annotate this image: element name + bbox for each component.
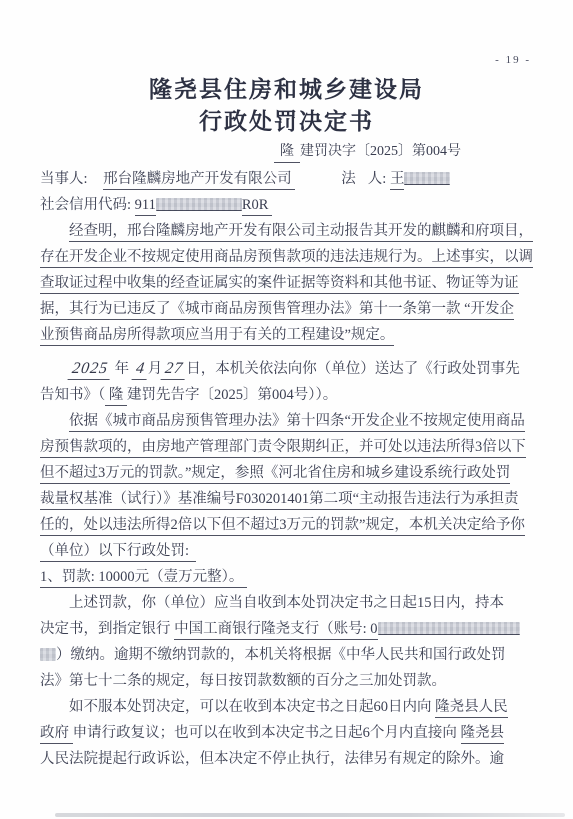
document-number: 隆建罚决字〔2025〕第004号 xyxy=(0,141,573,163)
text-line: 人民法院提起行政诉讼，但本决定不停止执行，法律另有规定的除外。逾 xyxy=(40,746,543,772)
text-line: 裁量权基准（试行）》基准编号F030201401第二项“主动报告违法行为承担责 xyxy=(40,486,543,512)
text-segment: 年 xyxy=(111,361,133,377)
document-type-title: 行政处罚决定书 xyxy=(0,106,573,138)
redaction-blur xyxy=(40,648,56,661)
text-line: 当事人: 邢台隆麟房地产开发有限公司 法人: 王 xyxy=(40,166,543,192)
text-segment: 查取证过程中收集的经查证属实的案件证据等资料和其他书证、物证等为证 xyxy=(40,273,519,294)
text-segment: 1、罚款: 10000元（壹万元整）。 xyxy=(40,567,247,588)
text-line: 决定书，到指定银行 中国工商银行隆尧支行（账号: 0 xyxy=(40,616,543,642)
text-line: （单位）以下行政处罚: xyxy=(40,538,543,564)
spacer xyxy=(40,234,69,235)
spacer xyxy=(356,182,368,183)
text-segment: 隆 xyxy=(105,385,127,406)
document-header: 隆尧县住房和城乡建设局 行政处罚决定书 隆建罚决字〔2025〕第004号 xyxy=(0,0,573,163)
text-segment: 业预售商品房所得款项应当用于有关的工程建设”规定。 xyxy=(40,325,394,346)
text-line: ）缴纳。逾期不缴纳罚款的，本机关将根据《中华人民共和国行政处罚 xyxy=(40,642,543,668)
text-line: 法》第七十二条的规定，每日按罚款数额的百分之三加处罚款。 xyxy=(40,668,543,694)
text-line: 如不服本处罚决定，可以在收到本决定书之日起60日内向 隆尧县人民 xyxy=(40,694,543,720)
text-segment: 911 xyxy=(135,195,156,216)
text-line: 1、罚款: 10000元（壹万元整）。 xyxy=(40,564,543,590)
text-segment: 任的，处以违法所得2倍以下但不超过3万元的罚款”规定，本机关决定给予你 xyxy=(40,515,525,536)
text-segment: 建罚先告字〔2025〕第004号））。 xyxy=(127,387,337,403)
text-segment: ）缴纳。逾期不缴纳罚款的，本机关将根据《中华人民共和国行政处罚 xyxy=(56,647,506,663)
text-segment: 告知书》（ xyxy=(40,387,105,403)
text-segment: 申请行政复议；也可以在收到本决定书之日起6个月内直接向 xyxy=(73,725,461,741)
text-line: 房预售款项的，由房地产管理部门责令限期纠正，并可处以违法所得3倍以下 xyxy=(40,434,543,460)
redaction-blur xyxy=(378,622,520,635)
text-segment: 社会信用代码: xyxy=(40,197,135,213)
text-segment: 隆尧县 xyxy=(461,723,505,744)
text-line: 政府 申请行政复议；也可以在收到本决定书之日起6个月内直接向 隆尧县 xyxy=(40,720,543,746)
page-number: - 19 - xyxy=(495,54,531,66)
text-segment: R0R xyxy=(242,195,272,216)
handwritten-text: 4 xyxy=(131,359,149,380)
text-segment: 上述罚款，你（单位）应当自收到本处罚决定书之日起15日内，持本 xyxy=(69,595,504,611)
text-line: 任的，处以违法所得2倍以下但不超过3万元的罚款”规定，本机关决定给予你 xyxy=(40,512,543,538)
text-line: 业预售商品房所得款项应当用于有关的工程建设”规定。 xyxy=(40,322,543,348)
text-segment: （单位）以下行政处罚: xyxy=(40,541,196,562)
document-number-rest: 建罚决字〔2025〕第004号 xyxy=(300,144,461,159)
text-line: 经查明，邢台隆麟房地产开发有限公司主动报告其开发的麒麟和府项目， xyxy=(40,218,543,244)
text-segment: 月 xyxy=(148,361,163,377)
text-segment: 当事人: xyxy=(40,171,91,187)
text-segment: 依据《城市商品房预售管理办法》第十四条“开发企业不按规定使用商品 xyxy=(69,411,525,432)
text-line: 上述罚款，你（单位）应当自收到本处罚决定书之日起15日内，持本 xyxy=(40,590,543,616)
scanned-document-page: - 19 - 隆尧县住房和城乡建设局 行政处罚决定书 隆建罚决字〔2025〕第0… xyxy=(0,0,573,819)
text-line: 存在开发企业不按规定使用商品房预售款项的违法违规行为。上述事实，以调 xyxy=(40,244,543,270)
text-segment: 人: xyxy=(368,171,390,187)
text-segment: 法》第七十二条的规定，每日按罚款数额的百分之三加处罚款。 xyxy=(40,673,446,689)
text-segment: 法 xyxy=(341,171,356,187)
text-segment: 房预售款项的，由房地产管理部门责令限期纠正，并可处以违法所得3倍以下 xyxy=(40,437,526,458)
scan-artifact xyxy=(55,813,565,817)
document-body: 当事人: 邢台隆麟房地产开发有限公司 法人: 王社会信用代码: 911R0R 经… xyxy=(0,163,573,772)
handwritten-text: 2025 xyxy=(68,359,113,380)
text-line: 社会信用代码: 911R0R xyxy=(40,192,543,218)
text-line: 查取证过程中收集的经查证属实的案件证据等资料和其他书证、物证等为证 xyxy=(40,270,543,296)
text-segment: 存在开发企业不按规定使用商品房预售款项的违法违规行为。上述事实，以调 xyxy=(40,247,533,268)
text-segment: 日，本机关依法向你（单位）送达了《行政处罚事先 xyxy=(186,361,520,377)
spacer xyxy=(40,372,69,373)
handwritten-text: 27 xyxy=(161,359,188,380)
spacer xyxy=(295,182,341,183)
text-segment: 中国工商银行隆尧支行（账号: 0 xyxy=(174,619,377,640)
text-segment: 政府 xyxy=(40,723,73,744)
text-segment: 经查明，邢台隆麟房地产开发有限公司主动报告其开发的麒麟和府项目， xyxy=(69,221,533,242)
text-segment: 如不服本处罚决定，可以在收到本决定书之日起60日内向 xyxy=(69,699,435,715)
text-segment: 裁量权基准（试行）》基准编号F030201401第二项“主动报告违法行为承担责 xyxy=(40,489,519,510)
text-line: 2025 年 4月27日，本机关依法向你（单位）送达了《行政处罚事先 xyxy=(40,356,543,382)
spacer xyxy=(40,424,69,425)
text-segment: 人民法院提起行政诉讼，但本决定不停止执行，法律另有规定的除外。逾 xyxy=(40,751,504,767)
text-line: 依据《城市商品房预售管理办法》第十四条“开发企业不按规定使用商品 xyxy=(40,408,543,434)
issuing-authority-title: 隆尧县住房和城乡建设局 xyxy=(0,74,573,106)
text-line: 但不超过3万元的罚款。”规定，参照《河北省住房和城乡建设系统行政处罚 xyxy=(40,460,543,486)
text-segment: 据，其行为已违反了《城市商品房预售管理办法》第十一条第一款 “开发企 xyxy=(40,299,514,320)
text-segment: 王 xyxy=(390,169,405,190)
spacer xyxy=(40,606,69,607)
text-segment: 但不超过3万元的罚款。”规定，参照《河北省住房和城乡建设系统行政处罚 xyxy=(40,463,510,484)
document-number-prefix: 隆 xyxy=(274,142,300,163)
text-line: 据，其行为已违反了《城市商品房预售管理办法》第十一条第一款 “开发企 xyxy=(40,296,543,322)
redaction-blur xyxy=(156,198,242,211)
text-segment: 隆尧县人民 xyxy=(435,697,508,718)
spacer xyxy=(91,182,103,183)
text-segment: 决定书，到指定银行 xyxy=(40,621,174,637)
spacer xyxy=(40,710,69,711)
text-line: 告知书》（ 隆 建罚先告字〔2025〕第004号））。 xyxy=(40,382,543,408)
redaction-blur xyxy=(404,172,450,185)
text-segment: 邢台隆麟房地产开发有限公司 xyxy=(103,169,295,190)
